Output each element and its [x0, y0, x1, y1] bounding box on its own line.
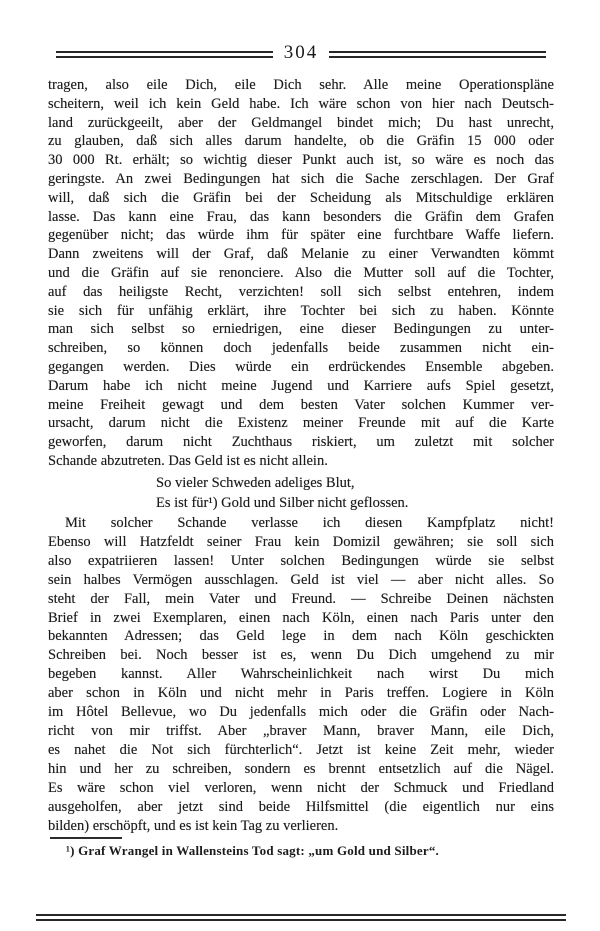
text-line: es nahet die Not sich fürchterlich“. Jet…: [48, 741, 554, 760]
text-line: gegangen werden. Dies würde ein erdrücke…: [48, 358, 554, 377]
text-line: also expatriieren lassen! Unter solchen …: [48, 552, 554, 571]
text-line: 30 000 Rt. erhält; so wichtig dieser Pun…: [48, 151, 554, 170]
text-line: steht der Fall, mein Vater und Freund. —…: [48, 590, 554, 609]
text-line: land zurückgeeilt, aber der Geldmangel b…: [48, 114, 554, 133]
text-line: schreiben, so können doch jedenfalls bei…: [48, 339, 554, 358]
book-page: 304 tragen, also eile Dich, eile Dich se…: [0, 0, 600, 931]
text-line: und die Gräfin auf sie renonciere. Also …: [48, 264, 554, 283]
footnote-separator-rule: [50, 837, 122, 839]
page-number: 304: [273, 45, 330, 61]
text-line: bilden) erschöpft, und es ist kein Tag z…: [48, 817, 554, 836]
header-rule-right: [329, 51, 546, 58]
text-line: lasse. Das kann eine Frau, das kann beso…: [48, 208, 554, 227]
text-line: ausgeholfen, aber jetzt sind beide Hilfs…: [48, 798, 554, 817]
verse-quote: So vieler Schweden adeliges Blut,Es ist …: [156, 474, 516, 513]
footer-rule: [36, 914, 566, 921]
text-line: meine Freiheit gewagt und dem besten Vat…: [48, 396, 554, 415]
text-line: Schande abzutreten. Das Geld ist es nich…: [48, 452, 554, 471]
text-line: gegenüber nicht; das würde ihm für späte…: [48, 226, 554, 245]
text-line: bekannten Adressen; das Geld lege in dem…: [48, 627, 554, 646]
text-line: begeben kannst. Aller Wahrscheinlichkeit…: [48, 665, 554, 684]
text-line: Darum habe ich nicht meine Jugend und Ka…: [48, 377, 554, 396]
text-line: Brief in zwei Exemplaren, einen nach Köl…: [48, 609, 554, 628]
text-line: Mit solcher Schande verlasse ich diesen …: [48, 514, 554, 533]
text-line: ursacht, darum nicht die Existenz meiner…: [48, 414, 554, 433]
text-line: zu glauben, daß sich alles darum handelt…: [48, 132, 554, 151]
text-line: scheitern, weil ich kein Geld habe. Ich …: [48, 95, 554, 114]
text-line: richt von mir triffst. Aber „braver Mann…: [48, 722, 554, 741]
text-line: Dann zweitens will der Graf, daß Melanie…: [48, 245, 554, 264]
footnote: ¹) Graf Wrangel in Wallensteins Tod sagt…: [48, 843, 554, 859]
text-line: will, daß sich die Gräfin bei der Scheid…: [48, 189, 554, 208]
text-line: Es ist für¹) Gold und Silber nicht geflo…: [156, 494, 516, 514]
body-paragraph-1: tragen, also eile Dich, eile Dich sehr. …: [48, 76, 554, 471]
page-header: 304: [56, 46, 546, 62]
text-line: sie sich für unfähig erklärt, ihre Tocht…: [48, 302, 554, 321]
text-line: Ebenso will Hatzfeldt seiner Frau kein D…: [48, 533, 554, 552]
text-line: Schreiben bei. Noch besser ist es, wenn …: [48, 646, 554, 665]
text-line: ¹) Graf Wrangel in Wallensteins Tod sagt…: [48, 843, 554, 859]
text-line: sein halbes Vermögen ausschlagen. Geld i…: [48, 571, 554, 590]
text-line: geworfen, darum nicht Zuchthaus riskiert…: [48, 433, 554, 452]
text-line: So vieler Schweden adeliges Blut,: [156, 474, 516, 494]
body-paragraph-2: Mit solcher Schande verlasse ich diesen …: [48, 514, 554, 835]
text-line: tragen, also eile Dich, eile Dich sehr. …: [48, 76, 554, 95]
text-line: hin und her zu schreiben, sondern es bre…: [48, 760, 554, 779]
text-line: geringste. An zwei Bedingungen hat sich …: [48, 170, 554, 189]
text-line: man sich selbst so erniedrigen, eine die…: [48, 320, 554, 339]
text-line: Es wäre schon viel verloren, wenn nicht …: [48, 779, 554, 798]
text-line: im Hôtel Bellevue, wo Du jedenfalls mich…: [48, 703, 554, 722]
text-line: auf das heiligste Recht, verzichten! sol…: [48, 283, 554, 302]
text-line: aber schon in Köln und nicht mehr in Par…: [48, 684, 554, 703]
header-rule-left: [56, 51, 273, 58]
